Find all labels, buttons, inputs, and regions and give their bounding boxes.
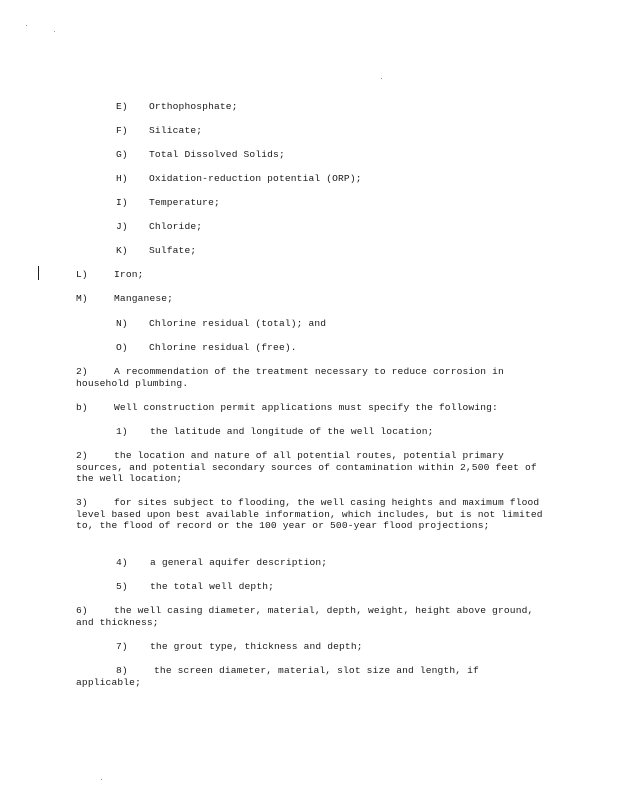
item-label: F) bbox=[116, 125, 128, 136]
item-text: Temperature; bbox=[149, 197, 220, 208]
item-label: 1) bbox=[116, 426, 128, 437]
item-text: Oxidation-reduction potential (ORP); bbox=[149, 173, 362, 184]
item-text: the grout type, thickness and depth; bbox=[150, 641, 363, 652]
item-text: Chlorine residual (total); and bbox=[149, 318, 326, 329]
item-text: Total Dissolved Solids; bbox=[149, 149, 285, 160]
item-label: 3) bbox=[76, 497, 114, 509]
b-item-3: 3)for sites subject to flooding, the wel… bbox=[76, 497, 546, 532]
item-text: the total well depth; bbox=[150, 581, 274, 592]
item-text: Chloride; bbox=[149, 221, 202, 232]
item-text: the latitude and longitude of the well l… bbox=[150, 426, 434, 437]
section-text: Well construction permit applications mu… bbox=[114, 402, 498, 413]
item-label: 6) bbox=[76, 605, 114, 617]
item-text: Chlorine residual (free). bbox=[149, 342, 297, 353]
item-label: 2) bbox=[76, 450, 114, 462]
revision-change-bar bbox=[38, 266, 39, 280]
item-label: G) bbox=[116, 149, 128, 160]
scan-speck bbox=[381, 78, 382, 79]
b-item-6: 6)the well casing diameter, material, de… bbox=[76, 605, 546, 628]
item-text: Sulfate; bbox=[149, 245, 196, 256]
item-label: 7) bbox=[116, 641, 128, 652]
scan-speck bbox=[101, 779, 102, 780]
item-text: for sites subject to flooding, the well … bbox=[76, 497, 543, 531]
item-text: Orthophosphate; bbox=[149, 101, 238, 112]
item-label: M) bbox=[76, 293, 88, 304]
item-label: 8) bbox=[116, 665, 154, 677]
item-text: Silicate; bbox=[149, 125, 202, 136]
item-text: the well casing diameter, material, dept… bbox=[76, 605, 533, 628]
item-label: N) bbox=[116, 318, 128, 329]
item-label: 4) bbox=[116, 557, 128, 568]
item-label: H) bbox=[116, 173, 128, 184]
paragraph-text: A recommendation of the treatment necess… bbox=[76, 366, 504, 389]
item-label: K) bbox=[116, 245, 128, 256]
b-item-8: 8)the screen diameter, material, slot si… bbox=[76, 665, 546, 688]
scan-speck bbox=[26, 25, 27, 26]
item-label: E) bbox=[116, 101, 128, 112]
paragraph-2: 2)A recommendation of the treatment nece… bbox=[76, 366, 546, 389]
b-item-2: 2)the location and nature of all potenti… bbox=[76, 450, 546, 485]
item-label: O) bbox=[116, 342, 128, 353]
item-label: L) bbox=[76, 269, 88, 280]
item-label: I) bbox=[116, 197, 128, 208]
item-label: J) bbox=[116, 221, 128, 232]
item-text: the location and nature of all potential… bbox=[76, 450, 537, 484]
item-label: 5) bbox=[116, 581, 128, 592]
item-text: a general aquifer description; bbox=[150, 557, 327, 568]
scan-speck bbox=[54, 31, 55, 32]
section-label: b) bbox=[76, 402, 88, 413]
item-text: Manganese; bbox=[114, 293, 173, 304]
paragraph-label: 2) bbox=[76, 366, 114, 378]
document-page: E) Orthophosphate; F) Silicate; G) Total… bbox=[0, 0, 618, 800]
item-text: Iron; bbox=[114, 269, 144, 280]
